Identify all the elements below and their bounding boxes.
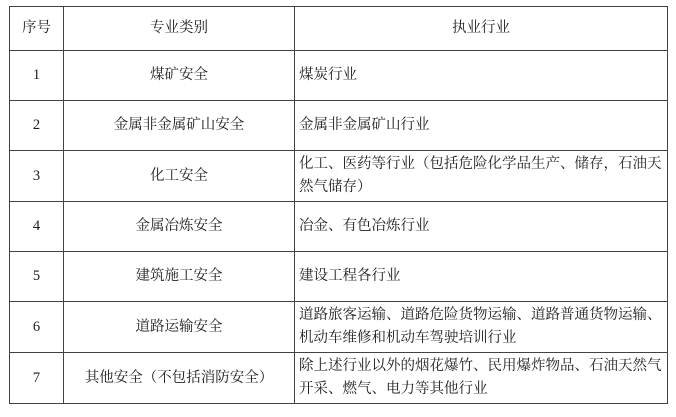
row-num: 6 (10, 302, 64, 353)
table-row: 1 煤矿安全 煤炭行业 (10, 51, 668, 101)
row-num: 7 (10, 353, 64, 404)
row-category: 煤矿安全 (64, 51, 295, 101)
row-category: 金属非金属矿山安全 (64, 101, 295, 151)
table-header-row: 序号 专业类别 执业行业 (10, 7, 668, 51)
row-num: 1 (10, 51, 64, 101)
row-industry: 除上述行业以外的烟花爆竹、民用爆炸物品、石油天然气开采、燃气、电力等其他行业 (295, 353, 668, 404)
table-row: 5 建筑施工安全 建设工程各行业 (10, 252, 668, 302)
row-num: 5 (10, 252, 64, 302)
table-row: 6 道路运输安全 道路旅客运输、道路危险货物运输、道路普通货物运输、机动车维修和… (10, 302, 668, 353)
row-num: 4 (10, 202, 64, 252)
row-industry: 道路旅客运输、道路危险货物运输、道路普通货物运输、机动车维修和机动车驾驶培训行业 (295, 302, 668, 353)
profession-industry-table: 序号 专业类别 执业行业 1 煤矿安全 煤炭行业 2 金属非金属矿山安全 金属非… (9, 6, 668, 404)
header-num: 序号 (10, 7, 64, 51)
row-category: 其他安全（不包括消防安全） (64, 353, 295, 404)
table-row: 7 其他安全（不包括消防安全） 除上述行业以外的烟花爆竹、民用爆炸物品、石油天然… (10, 353, 668, 404)
row-industry: 煤炭行业 (295, 51, 668, 101)
row-num: 3 (10, 151, 64, 202)
row-category: 化工安全 (64, 151, 295, 202)
header-industry: 执业行业 (295, 7, 668, 51)
row-industry: 化工、医药等行业（包括危险化学品生产、储存，石油天然气储存） (295, 151, 668, 202)
row-category: 道路运输安全 (64, 302, 295, 353)
row-industry: 建设工程各行业 (295, 252, 668, 302)
row-category: 建筑施工安全 (64, 252, 295, 302)
table-row: 4 金属冶炼安全 冶金、有色冶炼行业 (10, 202, 668, 252)
table-row: 2 金属非金属矿山安全 金属非金属矿山行业 (10, 101, 668, 151)
table-row: 3 化工安全 化工、医药等行业（包括危险化学品生产、储存，石油天然气储存） (10, 151, 668, 202)
row-industry: 冶金、有色冶炼行业 (295, 202, 668, 252)
row-category: 金属冶炼安全 (64, 202, 295, 252)
row-num: 2 (10, 101, 64, 151)
row-industry: 金属非金属矿山行业 (295, 101, 668, 151)
header-category: 专业类别 (64, 7, 295, 51)
document-page: 序号 专业类别 执业行业 1 煤矿安全 煤炭行业 2 金属非金属矿山安全 金属非… (0, 0, 676, 417)
